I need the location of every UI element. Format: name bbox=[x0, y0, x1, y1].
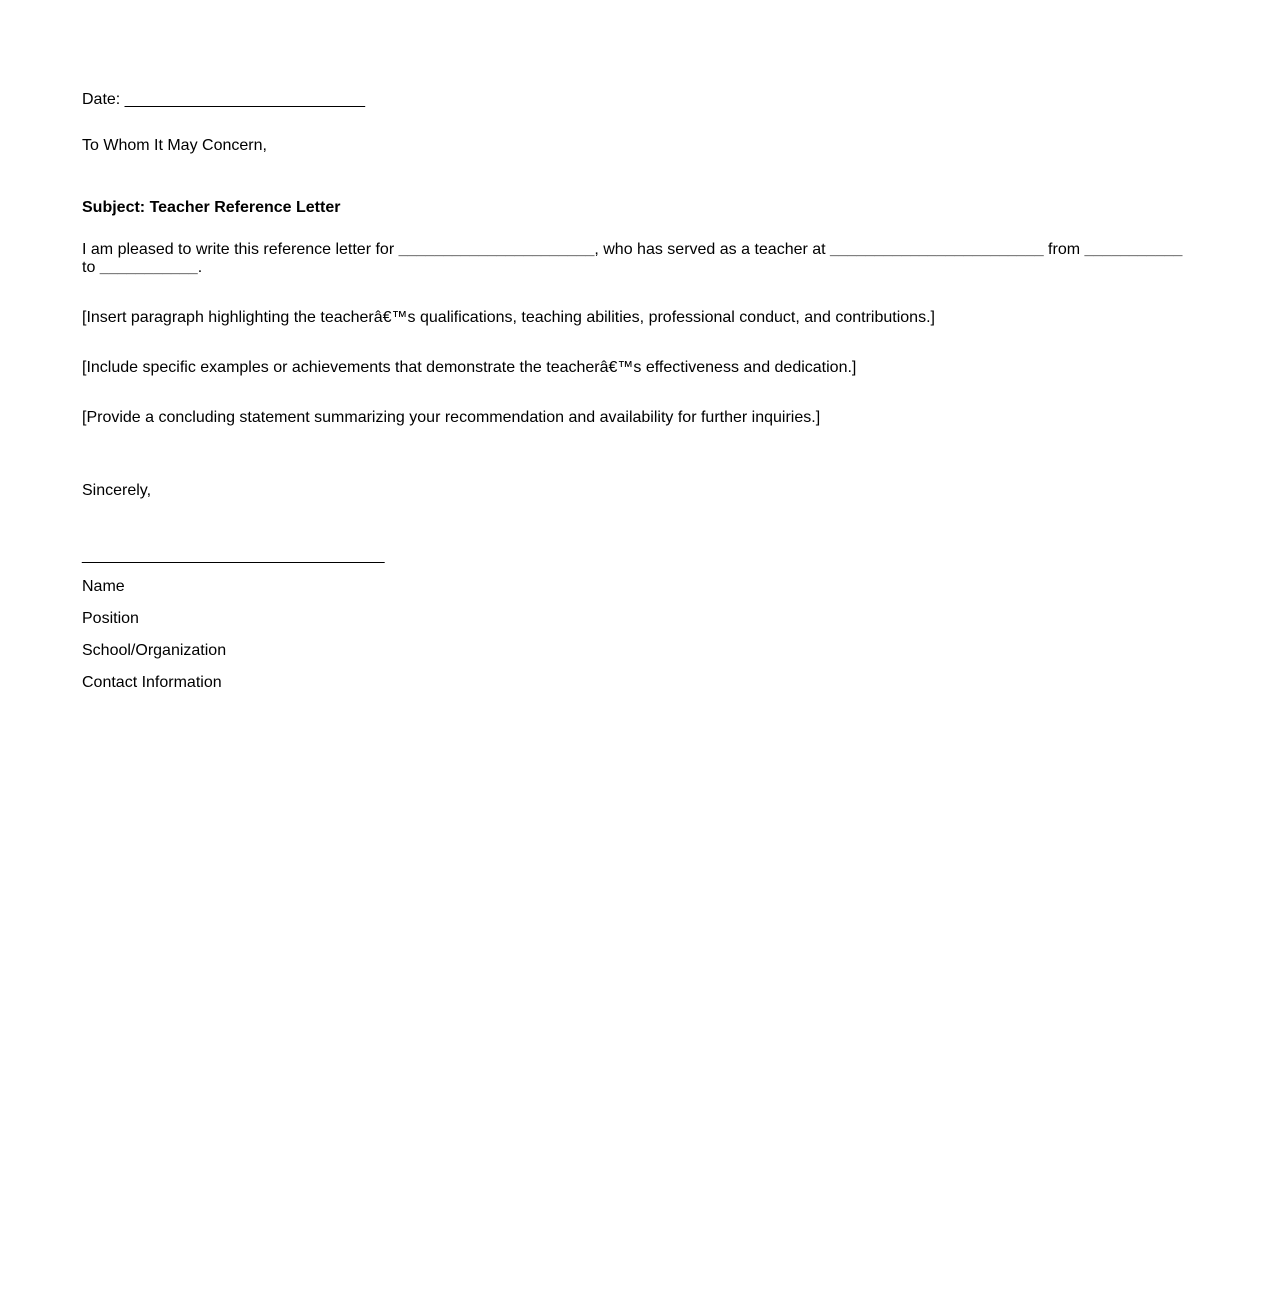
school-blank: ________________________ bbox=[830, 241, 1044, 258]
signature-organization: School/Organization bbox=[82, 642, 226, 660]
placeholder-paragraph-qualifications: [Insert paragraph highlighting the teach… bbox=[82, 309, 935, 327]
to-date-blank: ___________ bbox=[100, 259, 198, 276]
intro-text-4: to bbox=[82, 259, 100, 276]
signature-line: __________________________________ bbox=[82, 547, 385, 565]
intro-text-1: I am pleased to write this reference let… bbox=[82, 241, 399, 258]
signature-contact: Contact Information bbox=[82, 674, 222, 692]
subject-line: Subject: Teacher Reference Letter bbox=[82, 199, 340, 217]
placeholder-paragraph-examples: [Include specific examples or achievemen… bbox=[82, 359, 856, 377]
closing: Sincerely, bbox=[82, 482, 151, 500]
signature-position: Position bbox=[82, 610, 139, 628]
date-line: Date: ___________________________ bbox=[82, 91, 365, 109]
intro-text-2: , who has served as a teacher at bbox=[594, 241, 830, 258]
placeholder-paragraph-conclusion: [Provide a concluding statement summariz… bbox=[82, 409, 820, 427]
teacher-name-blank: ______________________ bbox=[399, 241, 595, 258]
intro-text-5: . bbox=[198, 259, 202, 276]
signature-name: Name bbox=[82, 578, 125, 596]
intro-text-3: from bbox=[1044, 241, 1085, 258]
greeting: To Whom It May Concern, bbox=[82, 137, 267, 155]
from-date-blank: ___________ bbox=[1085, 241, 1183, 258]
date-blank: ___________________________ bbox=[125, 91, 365, 108]
intro-paragraph: I am pleased to write this reference let… bbox=[82, 241, 1192, 277]
date-label: Date: bbox=[82, 91, 120, 108]
